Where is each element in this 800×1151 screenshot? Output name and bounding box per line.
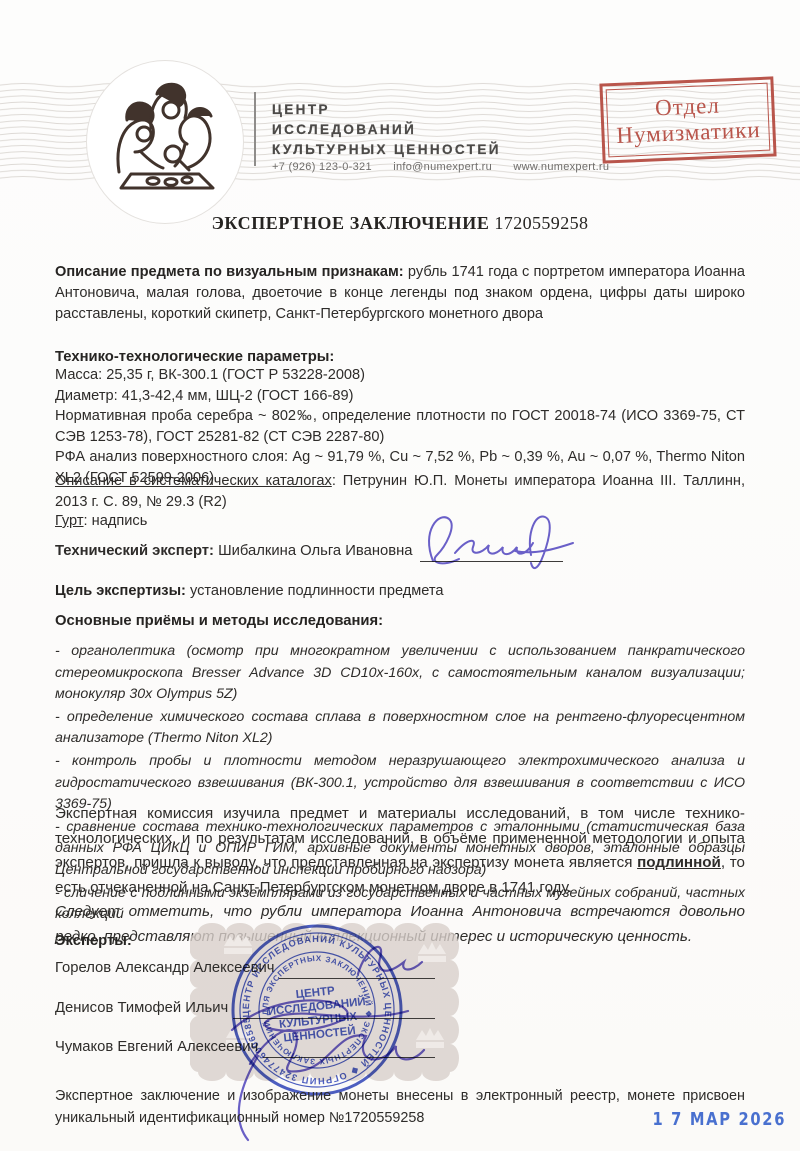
org-logo-badge [86, 60, 244, 224]
technical-expert-row: Технический эксперт: Шибалкина Ольга Ива… [55, 543, 745, 559]
tech-params-line-assay: Нормативная проба серебра ~ 802‰, опреде… [55, 406, 745, 447]
date-stamp: 1 7 МАР 2026 [652, 1110, 786, 1130]
catalog-label: Описание в систематических каталогах [55, 473, 332, 489]
method-item: - определение химического состава сплава… [55, 707, 745, 750]
technical-expert-label: Технический эксперт: [55, 543, 214, 559]
visual-description-label: Описание предмета по визуальным признака… [55, 264, 404, 280]
certificate-document: ЦЕНТР ИССЛЕДОВАНИЙ КУЛЬТУРНЫХ ЦЕННОСТЕЙ … [0, 0, 800, 1151]
numismatics-dept-stamp: Отдел Нумизматики [599, 76, 776, 163]
email: info@numexpert.ru [393, 161, 492, 173]
edge-text: : надпись [84, 513, 148, 529]
conclusion-verdict: подлинной [637, 854, 721, 871]
tech-params-section: Технико-технологические параметры: Масса… [55, 349, 745, 488]
document-title: ЭКСПЕРТНОЕ ЗАКЛЮЧЕНИЕ 1720559258 [0, 213, 800, 234]
catalog-reference: Описание в систематических каталогах: Пе… [55, 471, 745, 512]
method-item: - органолептика (осмотр при многократном… [55, 641, 745, 706]
phone: +7 (926) 123-0-321 [272, 161, 372, 173]
purpose-row: Цель экспертизы: установление подлинност… [55, 581, 745, 602]
technical-expert-name: Шибалкина Ольга Ивановна [214, 543, 413, 559]
org-name-line3: КУЛЬТУРНЫХ ЦЕННОСТЕЙ [272, 140, 501, 160]
stamp-inner-border [606, 83, 771, 158]
title-label: ЭКСПЕРТНОЕ ЗАКЛЮЧЕНИЕ [212, 213, 490, 233]
edge-row: Гурт: надпись [55, 511, 745, 532]
tech-params-line-diameter: Диаметр: 41,3-42,4 мм, ШЦ-2 (ГОСТ 166-89… [55, 386, 745, 407]
org-name-line1: ЦЕНТР [272, 100, 501, 120]
contact-row: +7 (926) 123-0-321 info@numexpert.ru www… [272, 161, 627, 173]
title-number: 1720559258 [494, 213, 588, 233]
experts-examining-coins-icon [101, 76, 229, 208]
purpose-text: установление подлинности предмета [186, 583, 444, 599]
tech-params-header: Технико-технологические параметры: [55, 349, 745, 365]
methods-header: Основные приёмы и методы исследования: [55, 613, 745, 629]
website: www.numexpert.ru [513, 161, 609, 173]
tech-params-line-mass: Масса: 25,35 г, ВК-300.1 (ГОСТ Р 53228-2… [55, 365, 745, 386]
purpose-label: Цель экспертизы: [55, 583, 186, 599]
org-name-line2: ИССЛЕДОВАНИЙ [272, 120, 501, 140]
edge-label: Гурт [55, 513, 84, 529]
technical-expert-signature [415, 503, 585, 575]
visual-description-paragraph: Описание предмета по визуальным признака… [55, 262, 745, 325]
registry-note: Экспертное заключение и изображение моне… [55, 1086, 745, 1129]
header-divider [254, 92, 256, 166]
org-name: ЦЕНТР ИССЛЕДОВАНИЙ КУЛЬТУРНЫХ ЦЕННОСТЕЙ [272, 100, 501, 160]
